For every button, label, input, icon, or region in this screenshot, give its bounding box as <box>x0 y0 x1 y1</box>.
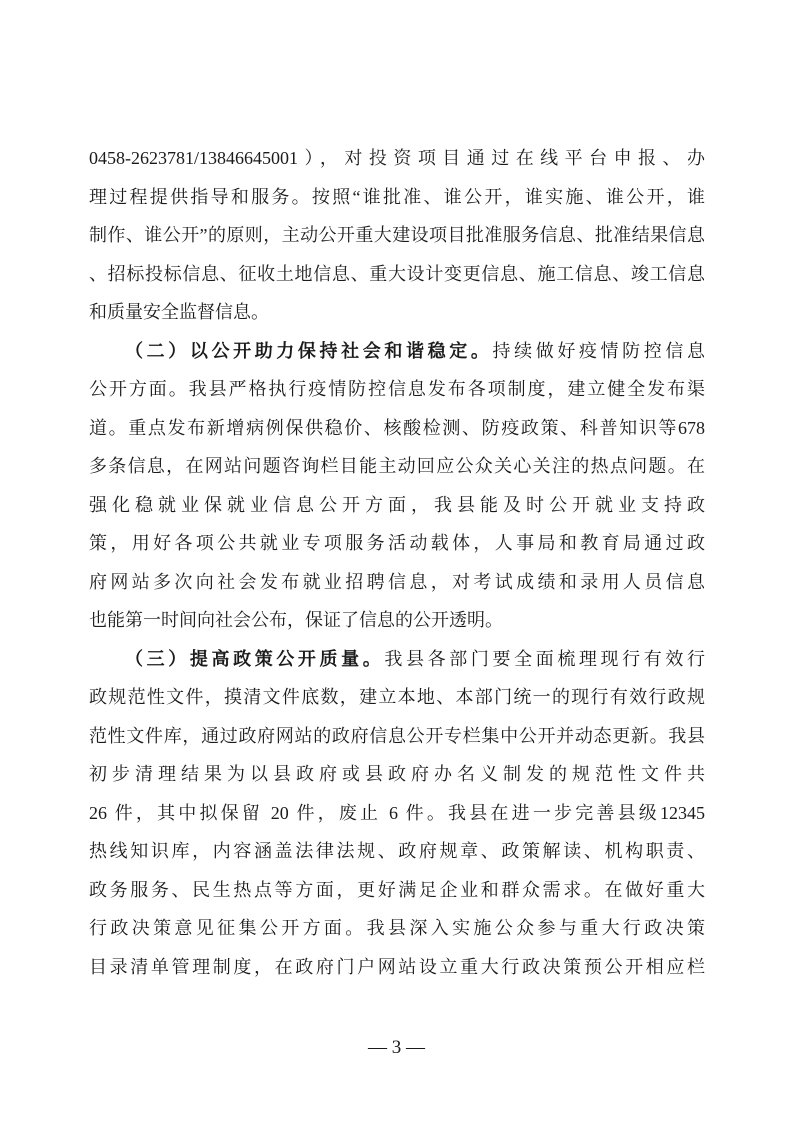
body-text: 公开方面。我县严格执行疫情防控信息发布各项制度，建立健全发布渠 <box>89 379 705 399</box>
body-text: 范性文件库，通过政府网站的政府信息公开专栏集中公开并动态更新。我县 <box>89 726 705 746</box>
body-text: 行政决策意见征集公开方面。我县深入实施公众参与重大行政决策 <box>89 918 705 938</box>
text-line: 目录清单管理制度，在政府门户网站设立重大行政决策预公开相应栏 <box>89 948 705 987</box>
text-line: 道。重点发布新增病例保供稳价、核酸检测、防疫政策、科普知识等678 <box>89 409 705 448</box>
body-text: 政务服务、民生热点等方面，更好满足企业和群众需求。在做好重大 <box>89 880 705 900</box>
body-text: 持续做好疫情防控信息 <box>492 341 705 361</box>
document-page: 0458-2623781/13846645001），对投资项目通过在线平台申报、… <box>0 0 793 1122</box>
section-heading: （三）提高政策公开质量。 <box>125 649 384 669</box>
body-text: 26 件，其中拟保留 20 件，废止 6 件。我县在进一步完善县级12345 <box>89 803 705 823</box>
text-line: 、招标投标信息、征收土地信息、重大设计变更信息、施工信息、竣工信息 <box>89 255 705 294</box>
text-line: 理过程提供指导和服务。按照“谁批准、谁公开，谁实施、谁公开，谁 <box>89 178 705 217</box>
text-line: 府网站多次向社会发布就业招聘信息，对考试成绩和录用人员信息 <box>89 563 705 602</box>
text-line: 多条信息，在网站问题咨询栏目能主动回应公众关心关注的热点问题。在 <box>89 447 705 486</box>
text-line: 26 件，其中拟保留 20 件，废止 6 件。我县在进一步完善县级12345 <box>89 794 705 833</box>
text-line: 策，用好各项公共就业专项服务活动载体，人事局和教育局通过政 <box>89 524 705 563</box>
text-line: （二）以公开助力保持社会和谐稳定。持续做好疫情防控信息 <box>89 332 705 371</box>
text-line: 热线知识库，内容涵盖法律法规、政府规章、政策解读、机构职责、 <box>89 832 705 871</box>
text-line: 初步清理结果为以县政府或县政府办名义制发的规范性文件共 <box>89 755 705 794</box>
body-text: 热线知识库，内容涵盖法律法规、政府规章、政策解读、机构职责、 <box>89 841 705 861</box>
text-line: 范性文件库，通过政府网站的政府信息公开专栏集中公开并动态更新。我县 <box>89 717 705 756</box>
body-text: 0458-2623781/13846645001），对投资项目通过在线平台申报、… <box>89 148 705 168</box>
body-text: 道。重点发布新增病例保供稳价、核酸检测、防疫政策、科普知识等678 <box>89 418 705 438</box>
text-line: （三）提高政策公开质量。我县各部门要全面梳理现行有效行 <box>89 640 705 679</box>
body-text: 制作、谁公开”的原则，主动公开重大建设项目批准服务信息、批准结果信息 <box>89 225 705 245</box>
text-line: 强化稳就业保就业信息公开方面，我县能及时公开就业支持政 <box>89 486 705 525</box>
text-line: 0458-2623781/13846645001），对投资项目通过在线平台申报、… <box>89 139 705 178</box>
body-text: 也能第一时间向社会公布，保证了信息的公开透明。 <box>89 610 503 630</box>
text-line: 政务服务、民生热点等方面，更好满足企业和群众需求。在做好重大 <box>89 871 705 910</box>
text-line: 制作、谁公开”的原则，主动公开重大建设项目批准服务信息、批准结果信息 <box>89 216 705 255</box>
text-line: 行政决策意见征集公开方面。我县深入实施公众参与重大行政决策 <box>89 909 705 948</box>
text-line: 政规范性文件，摸清文件底数，建立本地、本部门统一的现行有效行政规 <box>89 678 705 717</box>
text-line: 也能第一时间向社会公布，保证了信息的公开透明。 <box>89 601 705 640</box>
body-text: 、招标投标信息、征收土地信息、重大设计变更信息、施工信息、竣工信息 <box>89 264 705 284</box>
section-heading: （二）以公开助力保持社会和谐稳定。 <box>125 341 492 361</box>
text-line: 公开方面。我县严格执行疫情防控信息发布各项制度，建立健全发布渠 <box>89 370 705 409</box>
body-text: 和质量安全监督信息。 <box>89 302 269 322</box>
text-line: 和质量安全监督信息。 <box>89 293 705 332</box>
body-text: 我县各部门要全面梳理现行有效行 <box>384 649 705 669</box>
page-number: — 3 — <box>0 1033 793 1063</box>
body-text: 目录清单管理制度，在政府门户网站设立重大行政决策预公开相应栏 <box>89 957 705 977</box>
body-text: 初步清理结果为以县政府或县政府办名义制发的规范性文件共 <box>89 764 705 784</box>
body-text: 策，用好各项公共就业专项服务活动载体，人事局和教育局通过政 <box>89 533 705 553</box>
body-text: 政规范性文件，摸清文件底数，建立本地、本部门统一的现行有效行政规 <box>89 687 705 707</box>
body-text: 多条信息，在网站问题咨询栏目能主动回应公众关心关注的热点问题。在 <box>89 456 705 476</box>
body-text: 理过程提供指导和服务。按照“谁批准、谁公开，谁实施、谁公开，谁 <box>89 187 705 207</box>
body-text: 强化稳就业保就业信息公开方面，我县能及时公开就业支持政 <box>89 495 705 515</box>
body-text: 府网站多次向社会发布就业招聘信息，对考试成绩和录用人员信息 <box>89 572 705 592</box>
document-body: 0458-2623781/13846645001），对投资项目通过在线平台申报、… <box>89 139 705 986</box>
